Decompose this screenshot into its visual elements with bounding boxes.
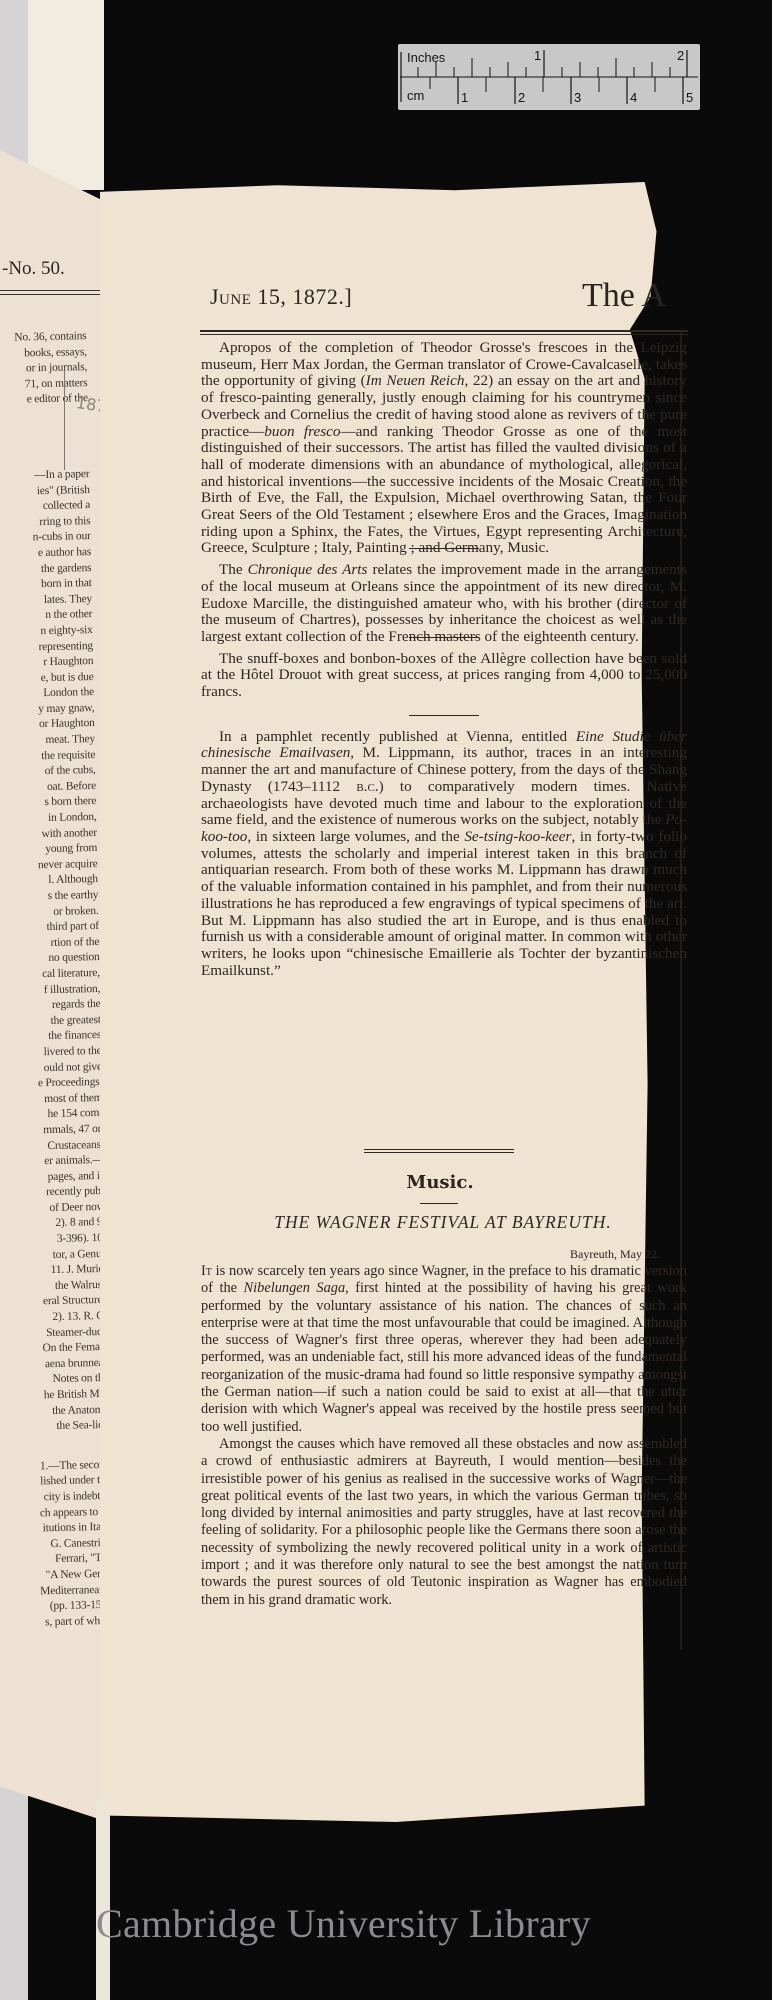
library-watermark: Cambridge University Library (96, 1900, 591, 1947)
left-page-line: cal literature, (0, 966, 100, 984)
section-divider (364, 1152, 514, 1153)
left-page-line: s, part of which (13, 1614, 113, 1632)
ruler-inches-label: Inches (407, 50, 445, 65)
left-page-line: he British Mu- (9, 1387, 109, 1405)
left-page-line: or in journals, (0, 360, 87, 378)
paragraph-gap (10, 1434, 110, 1460)
left-page-line: er animals.— (4, 1153, 104, 1171)
left-page-line: r Haughton (0, 654, 94, 672)
article-allegre: The snuff-boxes and bonbon-boxes of the … (201, 651, 687, 701)
left-page-line: the Sea-lion (9, 1418, 109, 1436)
background-white-board (28, 0, 104, 190)
ruler-inch-mark: 2 (677, 48, 684, 63)
masthead-rule (200, 334, 688, 335)
pencil-margin-line (64, 370, 65, 470)
left-page-rule (0, 290, 100, 291)
paragraph-gap (0, 407, 89, 469)
heading-underline (420, 1203, 458, 1204)
left-page-line: collected a (0, 498, 90, 516)
left-page-line: livered to the (1, 1044, 101, 1062)
masthead-title: The A (582, 277, 666, 315)
left-page-line: third part of (0, 919, 99, 937)
left-page-line: itutions in Italy. (11, 1520, 111, 1538)
left-page-fragment: -No. 50. No. 36, containsbooks, essays,o… (0, 150, 102, 1820)
separator-rule (201, 548, 687, 552)
article-grosse: Apropos of the completion of Theodor Gro… (201, 340, 687, 557)
ruler-cm-label: cm (407, 88, 424, 103)
left-page-column: No. 36, containsbooks, essays,or in jour… (0, 329, 114, 1631)
left-page-line: No. 36, contains (0, 329, 87, 347)
left-page-line: n eighty-six (0, 623, 93, 641)
ruler-cm-mark: 1 (461, 90, 468, 105)
music-article-body: It is now scarcely ten years ago since W… (201, 1263, 687, 1609)
left-page-line: 2). 13. R. O. (7, 1309, 107, 1327)
left-page-line: city is indebted (11, 1489, 111, 1507)
left-page-line: On the Female (8, 1340, 108, 1358)
left-page-line: mmals, 47 on (3, 1122, 103, 1140)
left-page-rule (0, 294, 100, 295)
left-page-line: 3-396). 10. (5, 1231, 105, 1249)
scale-ruler: Inches 1 2 cm 1 2 3 4 5 (398, 44, 700, 110)
dateline: Bayreuth, May 22. (520, 1247, 660, 1262)
music-paragraph-2: Amongst the causes which have removed al… (201, 1436, 687, 1609)
left-page-line: in London, (0, 810, 97, 828)
masthead-date: June 15, 1872.] (210, 284, 352, 310)
ruler-cm-mark: 5 (686, 90, 693, 105)
left-page-line: e Proceedings. (2, 1075, 102, 1093)
article-chronique: The Chronique des Arts relates the impro… (201, 562, 687, 646)
article-title: THE WAGNER FESTIVAL AT BAYREUTH. (200, 1212, 686, 1233)
left-page-line: (pp. 133-155), (13, 1598, 113, 1616)
ruler-cm-mark: 2 (518, 90, 525, 105)
article-lippmann: In a pamphlet recently published at Vien… (201, 729, 687, 980)
ruler-cm-mark: 3 (574, 90, 581, 105)
ruler-cm-mark: 4 (630, 90, 637, 105)
left-page-line: s the earthy (0, 888, 98, 906)
art-notes-column: Apropos of the completion of Theodor Gro… (201, 340, 687, 979)
masthead-rule (200, 330, 688, 332)
ruler-inch-mark: 1 (534, 48, 541, 63)
section-divider (364, 1149, 514, 1150)
left-page-line: "A New Genus (12, 1567, 112, 1585)
separator-rule (201, 637, 687, 641)
left-page-number: -No. 50. (2, 258, 65, 280)
separator-rule (201, 701, 687, 729)
left-page-line: meat. They (0, 732, 95, 750)
section-heading-music: Music. (360, 1172, 520, 1193)
left-page-line: e author has (0, 545, 91, 563)
left-page-line: born in that (0, 576, 92, 594)
music-paragraph-1: It is now scarcely ten years ago since W… (201, 1263, 687, 1436)
left-page-line: regards the (0, 997, 100, 1015)
left-page-line: young from (0, 841, 97, 859)
left-page-line: —In a paper (0, 467, 90, 485)
